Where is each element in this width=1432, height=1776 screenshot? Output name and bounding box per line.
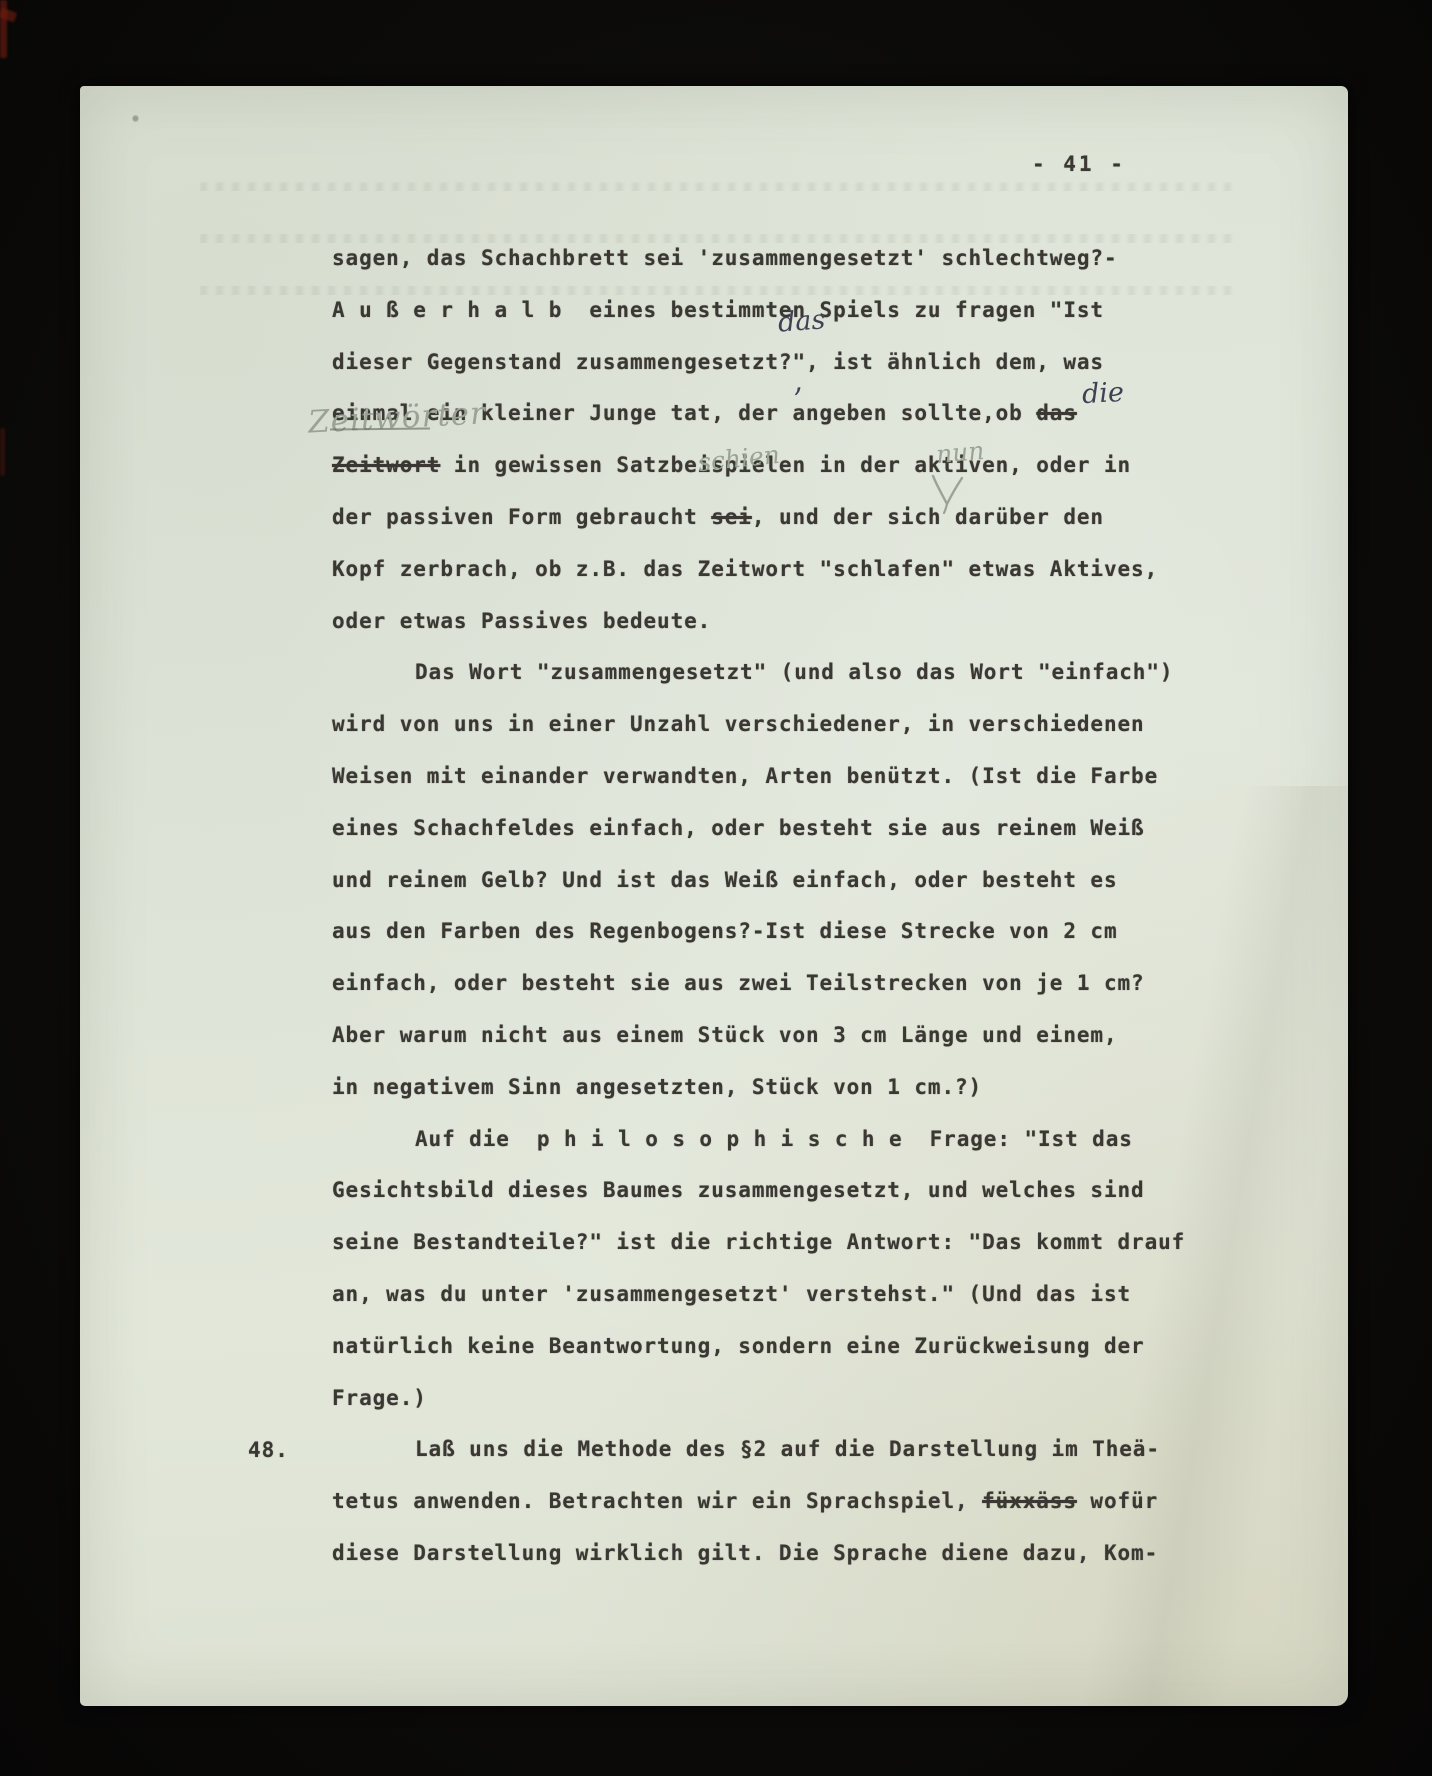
typed-line: sagen, das Schachbrett sei 'zusammengese… [332,233,1185,285]
handwritten-annotation: nun [935,436,986,469]
typed-line: Laß uns die Methode des §2 auf die Darst… [332,1424,1185,1476]
struck-out-text: füxxäss [982,1489,1077,1513]
typed-line: A u ß e r h a l b eines bestimmten Spiel… [332,285,1185,337]
typed-line: Frage.) [332,1373,1185,1425]
typed-line: einfach, oder besteht sie aus zwei Teils… [332,958,1185,1010]
typed-line: Kopf zerbrach, ob z.B. das Zeitwort "sch… [332,544,1185,596]
struck-out-text: das [1036,401,1077,425]
typed-line: eines Schachfeldes einfach, oder besteht… [332,803,1185,855]
typed-line: natürlich keine Beantwortung, sondern ei… [332,1321,1185,1373]
typed-line: Auf die p h i l o s o p h i s c h e Frag… [332,1114,1185,1166]
page-number: - 41 - [1032,152,1126,176]
typed-line: tetus anwenden. Betrachten wir ein Sprac… [332,1476,1185,1528]
edge-artifact [0,428,5,476]
typed-line: oder etwas Passives bedeute. [332,596,1185,648]
typed-line: Gesichtsbild dieses Baumes zusammengeset… [332,1165,1185,1217]
handwritten-annotation: die [1081,377,1124,410]
typed-line: Das Wort "zusammengesetzt" (und also das… [332,647,1185,699]
struck-out-text: sei [711,505,752,529]
typed-line: an, was du unter 'zusammengesetzt' verst… [332,1269,1185,1321]
typed-line: und reinem Gelb? Und ist das Weiß einfac… [332,855,1185,907]
typed-text-block: sagen, das Schachbrett sei 'zusammengese… [332,233,1185,1580]
typed-line: in negativem Sinn angesetzten, Stück von… [332,1062,1185,1114]
typed-line: wird von uns in einer Unzahl verschieden… [332,699,1185,751]
struck-out-text: Zeitwort [332,453,440,477]
typed-line: Weisen mit einander verwandten, Arten be… [332,751,1185,803]
typed-line: Aber warum nicht aus einem Stück von 3 c… [332,1010,1185,1062]
typed-line: der passiven Form gebraucht sei, und der… [332,492,1185,544]
section-number: 48. [248,1425,289,1477]
typed-line: seine Bestandteile?" ist die richtige An… [332,1217,1185,1269]
typed-line: dieser Gegenstand zusammengesetzt?", ist… [332,337,1185,389]
handwritten-annotation: das [777,304,826,338]
insert-caret-mark [930,474,964,514]
typed-line: diese Darstellung wirklich gilt. Die Spr… [332,1528,1185,1580]
typed-line: aus den Farben des Regenbogens?-Ist dies… [332,906,1185,958]
paper-speck [132,114,139,123]
typescript-page: - 41 - 48. sagen, das Schachbrett sei 'z… [80,86,1348,1706]
